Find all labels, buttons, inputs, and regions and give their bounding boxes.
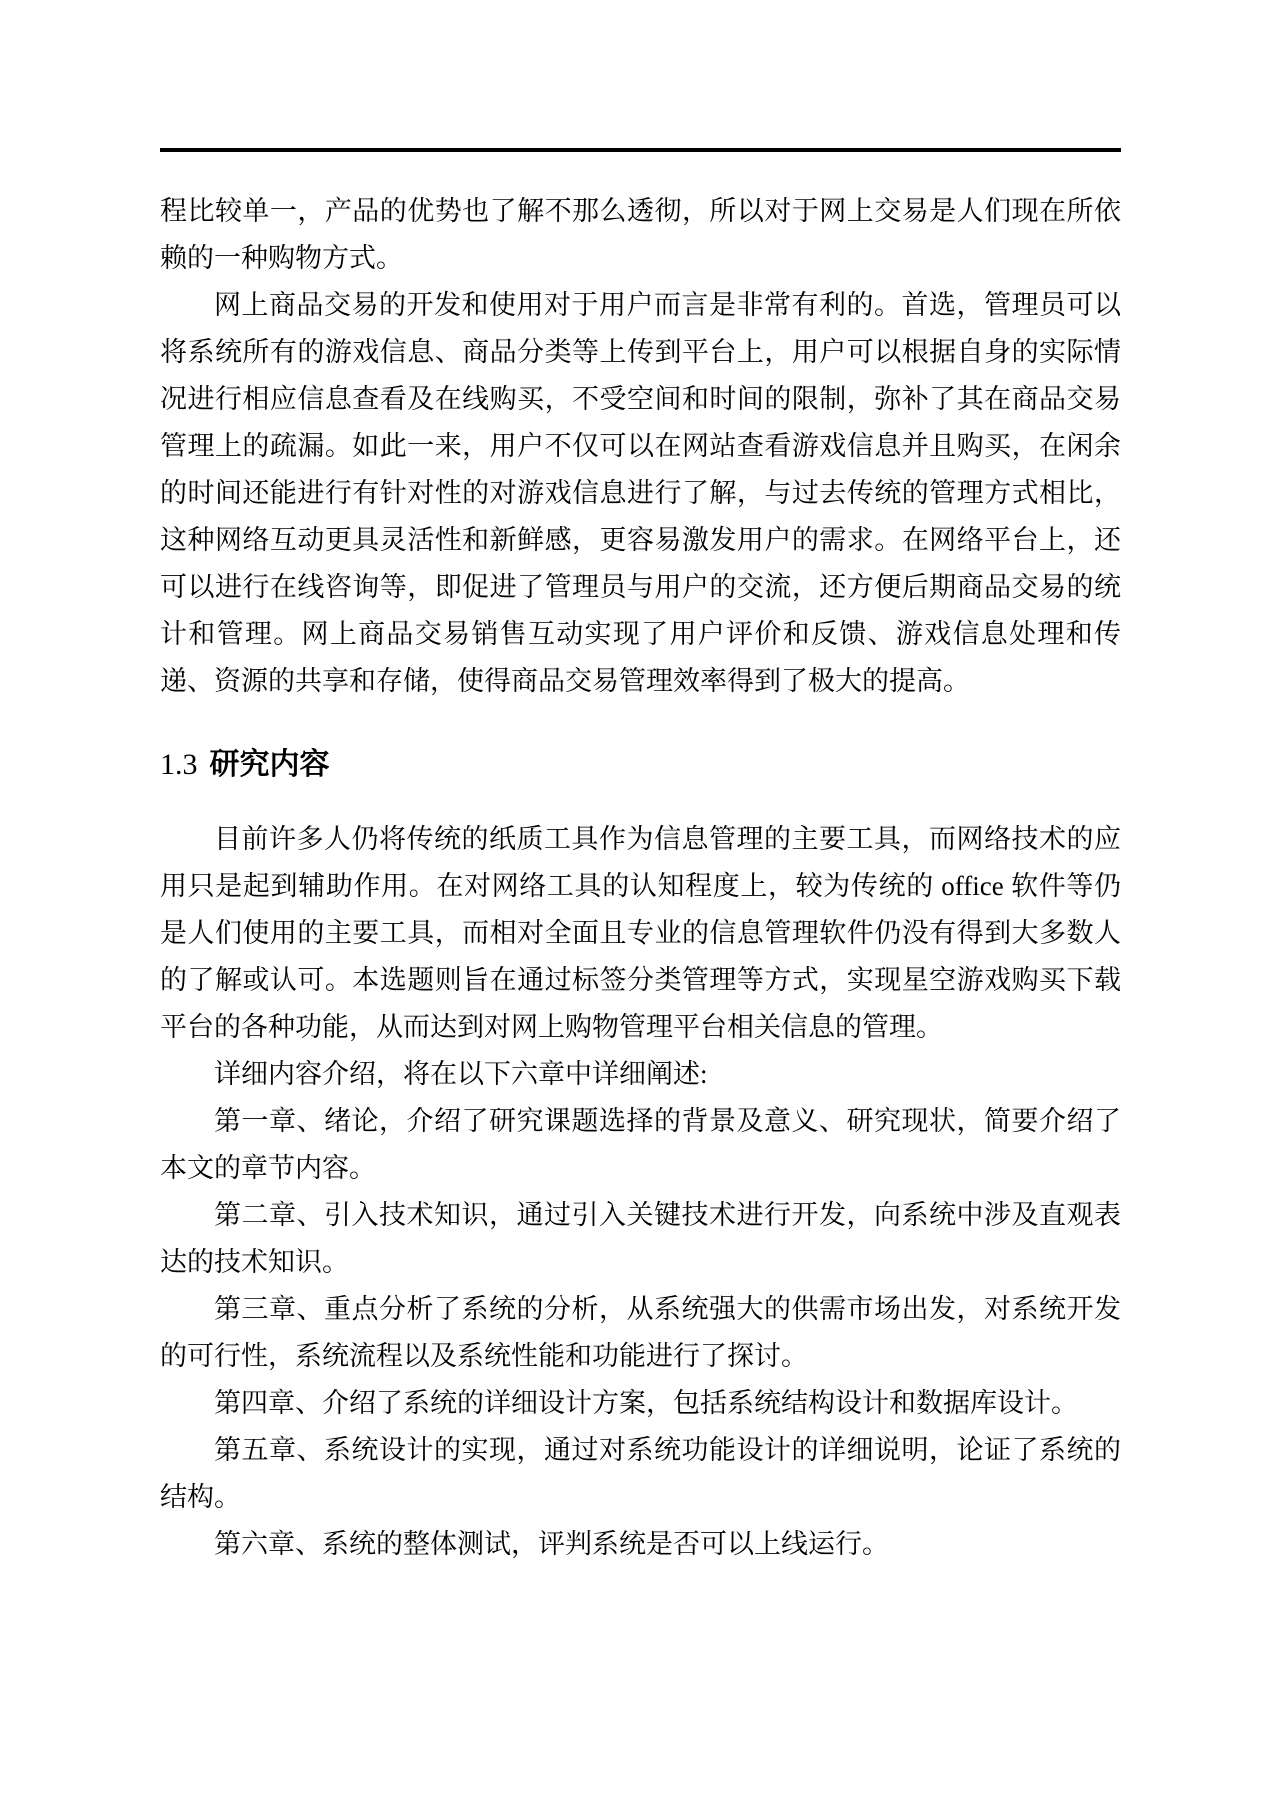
body-paragraph: 第二章、引入技术知识，通过引入关键技术进行开发，向系统中涉及直观表达的技术知识。 [160,1192,1121,1286]
body-paragraph: 第六章、系统的整体测试，评判系统是否可以上线运行。 [160,1521,1121,1568]
section-heading-title: 研究内容 [210,748,330,781]
document-page: 程比较单一，产品的优势也了解不那么透彻，所以对于网上交易是人们现在所依赖的一种购… [0,0,1280,1811]
body-paragraph: 第五章、系统设计的实现，通过对系统功能设计的详细说明，论证了系统的结构。 [160,1427,1121,1521]
body-paragraph: 第三章、重点分析了系统的分析，从系统强大的供需市场出发，对系统开发的可行性，系统… [160,1286,1121,1380]
header-rule [160,148,1121,152]
body-paragraph: 网上商品交易的开发和使用对于用户而言是非常有利的。首选，管理员可以将系统所有的游… [160,282,1121,705]
section-heading-number: 1.3 [160,748,198,781]
body-paragraph: 程比较单一，产品的优势也了解不那么透彻，所以对于网上交易是人们现在所依赖的一种购… [160,188,1121,282]
section-heading: 1.3研究内容 [160,741,1121,788]
body-paragraph: 详细内容介绍，将在以下六章中详细阐述: [160,1051,1121,1098]
body-paragraph: 第四章、介绍了系统的详细设计方案，包括系统结构设计和数据库设计。 [160,1380,1121,1427]
page-body: 程比较单一，产品的优势也了解不那么透彻，所以对于网上交易是人们现在所依赖的一种购… [160,188,1121,1568]
body-paragraph: 第一章、绪论，介绍了研究课题选择的背景及意义、研究现状，简要介绍了本文的章节内容… [160,1098,1121,1192]
body-paragraph: 目前许多人仍将传统的纸质工具作为信息管理的主要工具，而网络技术的应用只是起到辅助… [160,816,1121,1051]
